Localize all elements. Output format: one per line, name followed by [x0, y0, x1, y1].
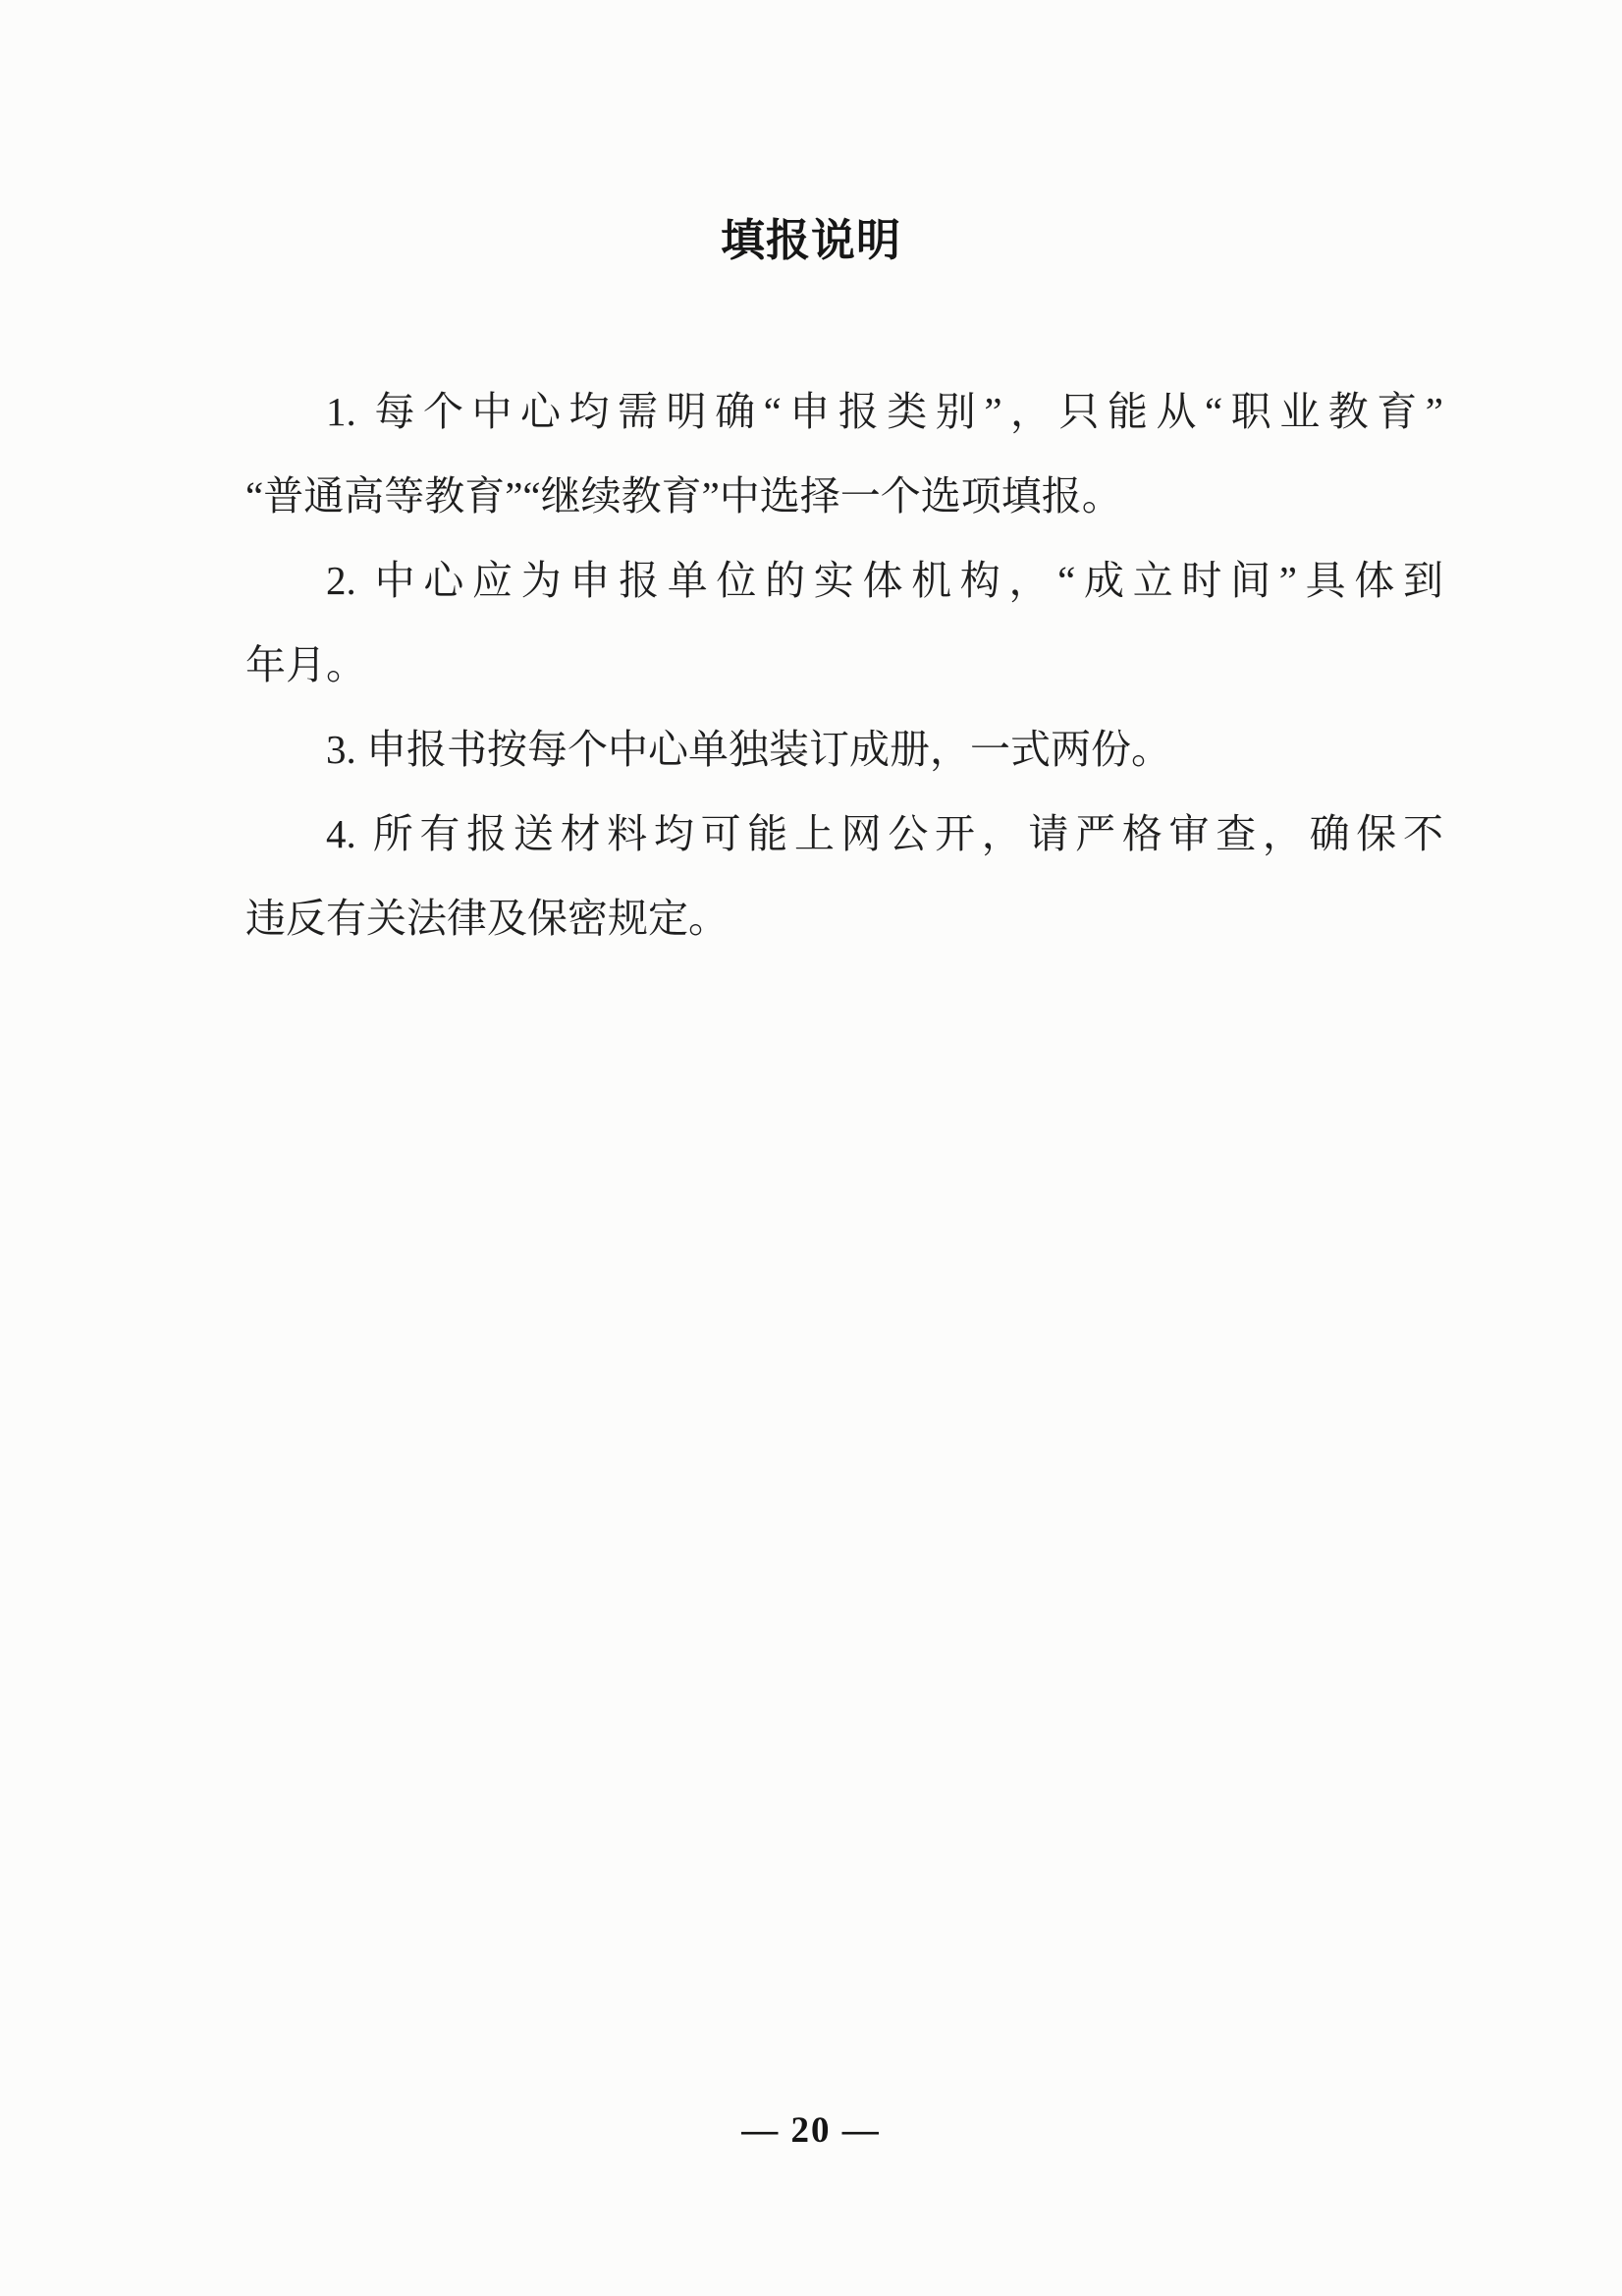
instructions-body: 1. 每个中心均需明确“申报类别”，只能从“职业教育”“普通高等教育”“继续教育… [245, 369, 1443, 960]
page-number: — 20 — [0, 2109, 1622, 2152]
paragraph: 3. 申报书按每个中心单独装订成册，一式两份。 [245, 707, 1443, 792]
text-line: 违反有关法律及保密规定。 [245, 876, 1443, 960]
text-line: 4. 所有报送材料均可能上网公开，请严格审查，确保不 [245, 792, 1443, 876]
page-title: 填报说明 [0, 204, 1622, 268]
paragraph: 2. 中心应为申报单位的实体机构，“成立时间”具体到年月。 [245, 538, 1443, 707]
paragraph: 4. 所有报送材料均可能上网公开，请严格审查，确保不违反有关法律及保密规定。 [245, 792, 1443, 960]
text-line: 3. 申报书按每个中心单独装订成册，一式两份。 [245, 707, 1443, 792]
document-page: 填报说明 1. 每个中心均需明确“申报类别”，只能从“职业教育”“普通高等教育”… [0, 0, 1622, 2296]
text-line: “普通高等教育”“继续教育”中选择一个选项填报。 [245, 454, 1443, 538]
text-line: 年月。 [245, 623, 1443, 707]
text-line: 1. 每个中心均需明确“申报类别”，只能从“职业教育” [245, 369, 1443, 454]
paragraph: 1. 每个中心均需明确“申报类别”，只能从“职业教育”“普通高等教育”“继续教育… [245, 369, 1443, 538]
text-line: 2. 中心应为申报单位的实体机构，“成立时间”具体到 [245, 538, 1443, 623]
